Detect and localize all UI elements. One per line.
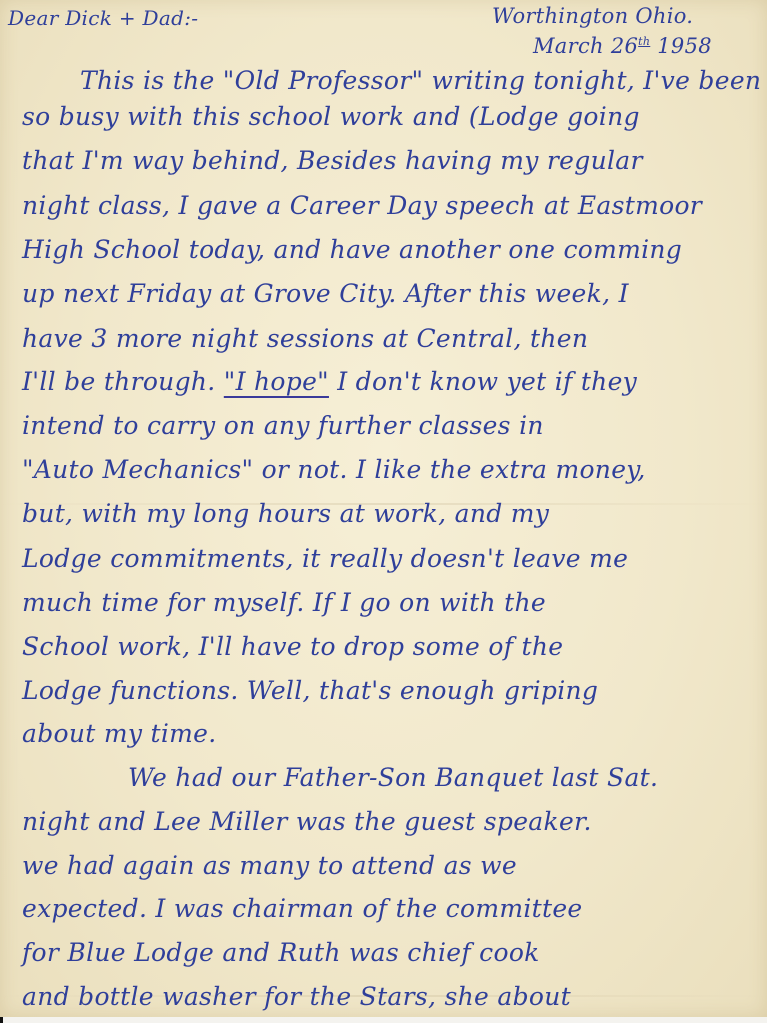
letter-line: We had our Father-Son Banquet last Sat. [128, 765, 658, 790]
location: Worthington Ohio. [492, 6, 693, 27]
scan-corner-mark [0, 1017, 3, 1023]
letter-line: This is the "Old Professor" writing toni… [80, 68, 761, 93]
emphasized-text: "I hope" [224, 367, 329, 396]
letter-line: I'll be through. "I hope" I don't know y… [22, 369, 637, 394]
letter-line: School work, I'll have to drop some of t… [22, 634, 563, 659]
letter-line: have 3 more night sessions at Central, t… [22, 326, 588, 351]
letter-line: but, with my long hours at work, and my [22, 501, 549, 526]
letter-line: "Auto Mechanics" or not. I like the extr… [22, 457, 646, 482]
letter-line: expected. I was chairman of the committe… [22, 896, 583, 921]
letter-line: night class, I gave a Career Day speech … [22, 193, 702, 218]
letter-line: that I'm way behind, Besides having my r… [22, 148, 643, 173]
letter-line: Lodge functions. Well, that's enough gri… [22, 678, 598, 703]
letter-line: for Blue Lodge and Ruth was chief cook [22, 940, 540, 965]
date: March 26th 1958 [533, 36, 712, 57]
letter-line: night and Lee Miller was the guest speak… [22, 809, 592, 834]
letter-line: so busy with this school work and (Lodge… [22, 104, 640, 129]
letter-line: much time for myself. If I go on with th… [22, 590, 546, 615]
scan-bottom-margin [0, 1017, 767, 1023]
letter-line: High School today, and have another one … [22, 237, 682, 262]
letter-line: about my time. [22, 721, 217, 746]
letter-text: I don't know yet if they [337, 367, 637, 396]
date-year: 1958 [657, 34, 712, 58]
letter-line: up next Friday at Grove City. After this… [22, 281, 629, 306]
letter-line: and bottle washer for the Stars, she abo… [22, 984, 571, 1009]
letter-text: I'll be through. [22, 367, 216, 396]
date-month-day: March 26 [533, 34, 638, 58]
date-ordinal: th [638, 35, 650, 48]
greeting: Dear Dick + Dad:- [8, 8, 198, 28]
letter-line: intend to carry on any further classes i… [22, 413, 544, 438]
letter-page: Dear Dick + Dad:- Worthington Ohio. Marc… [0, 0, 767, 1017]
letter-line: we had again as many to attend as we [22, 853, 517, 878]
letter-line: Lodge commitments, it really doesn't lea… [22, 546, 628, 571]
